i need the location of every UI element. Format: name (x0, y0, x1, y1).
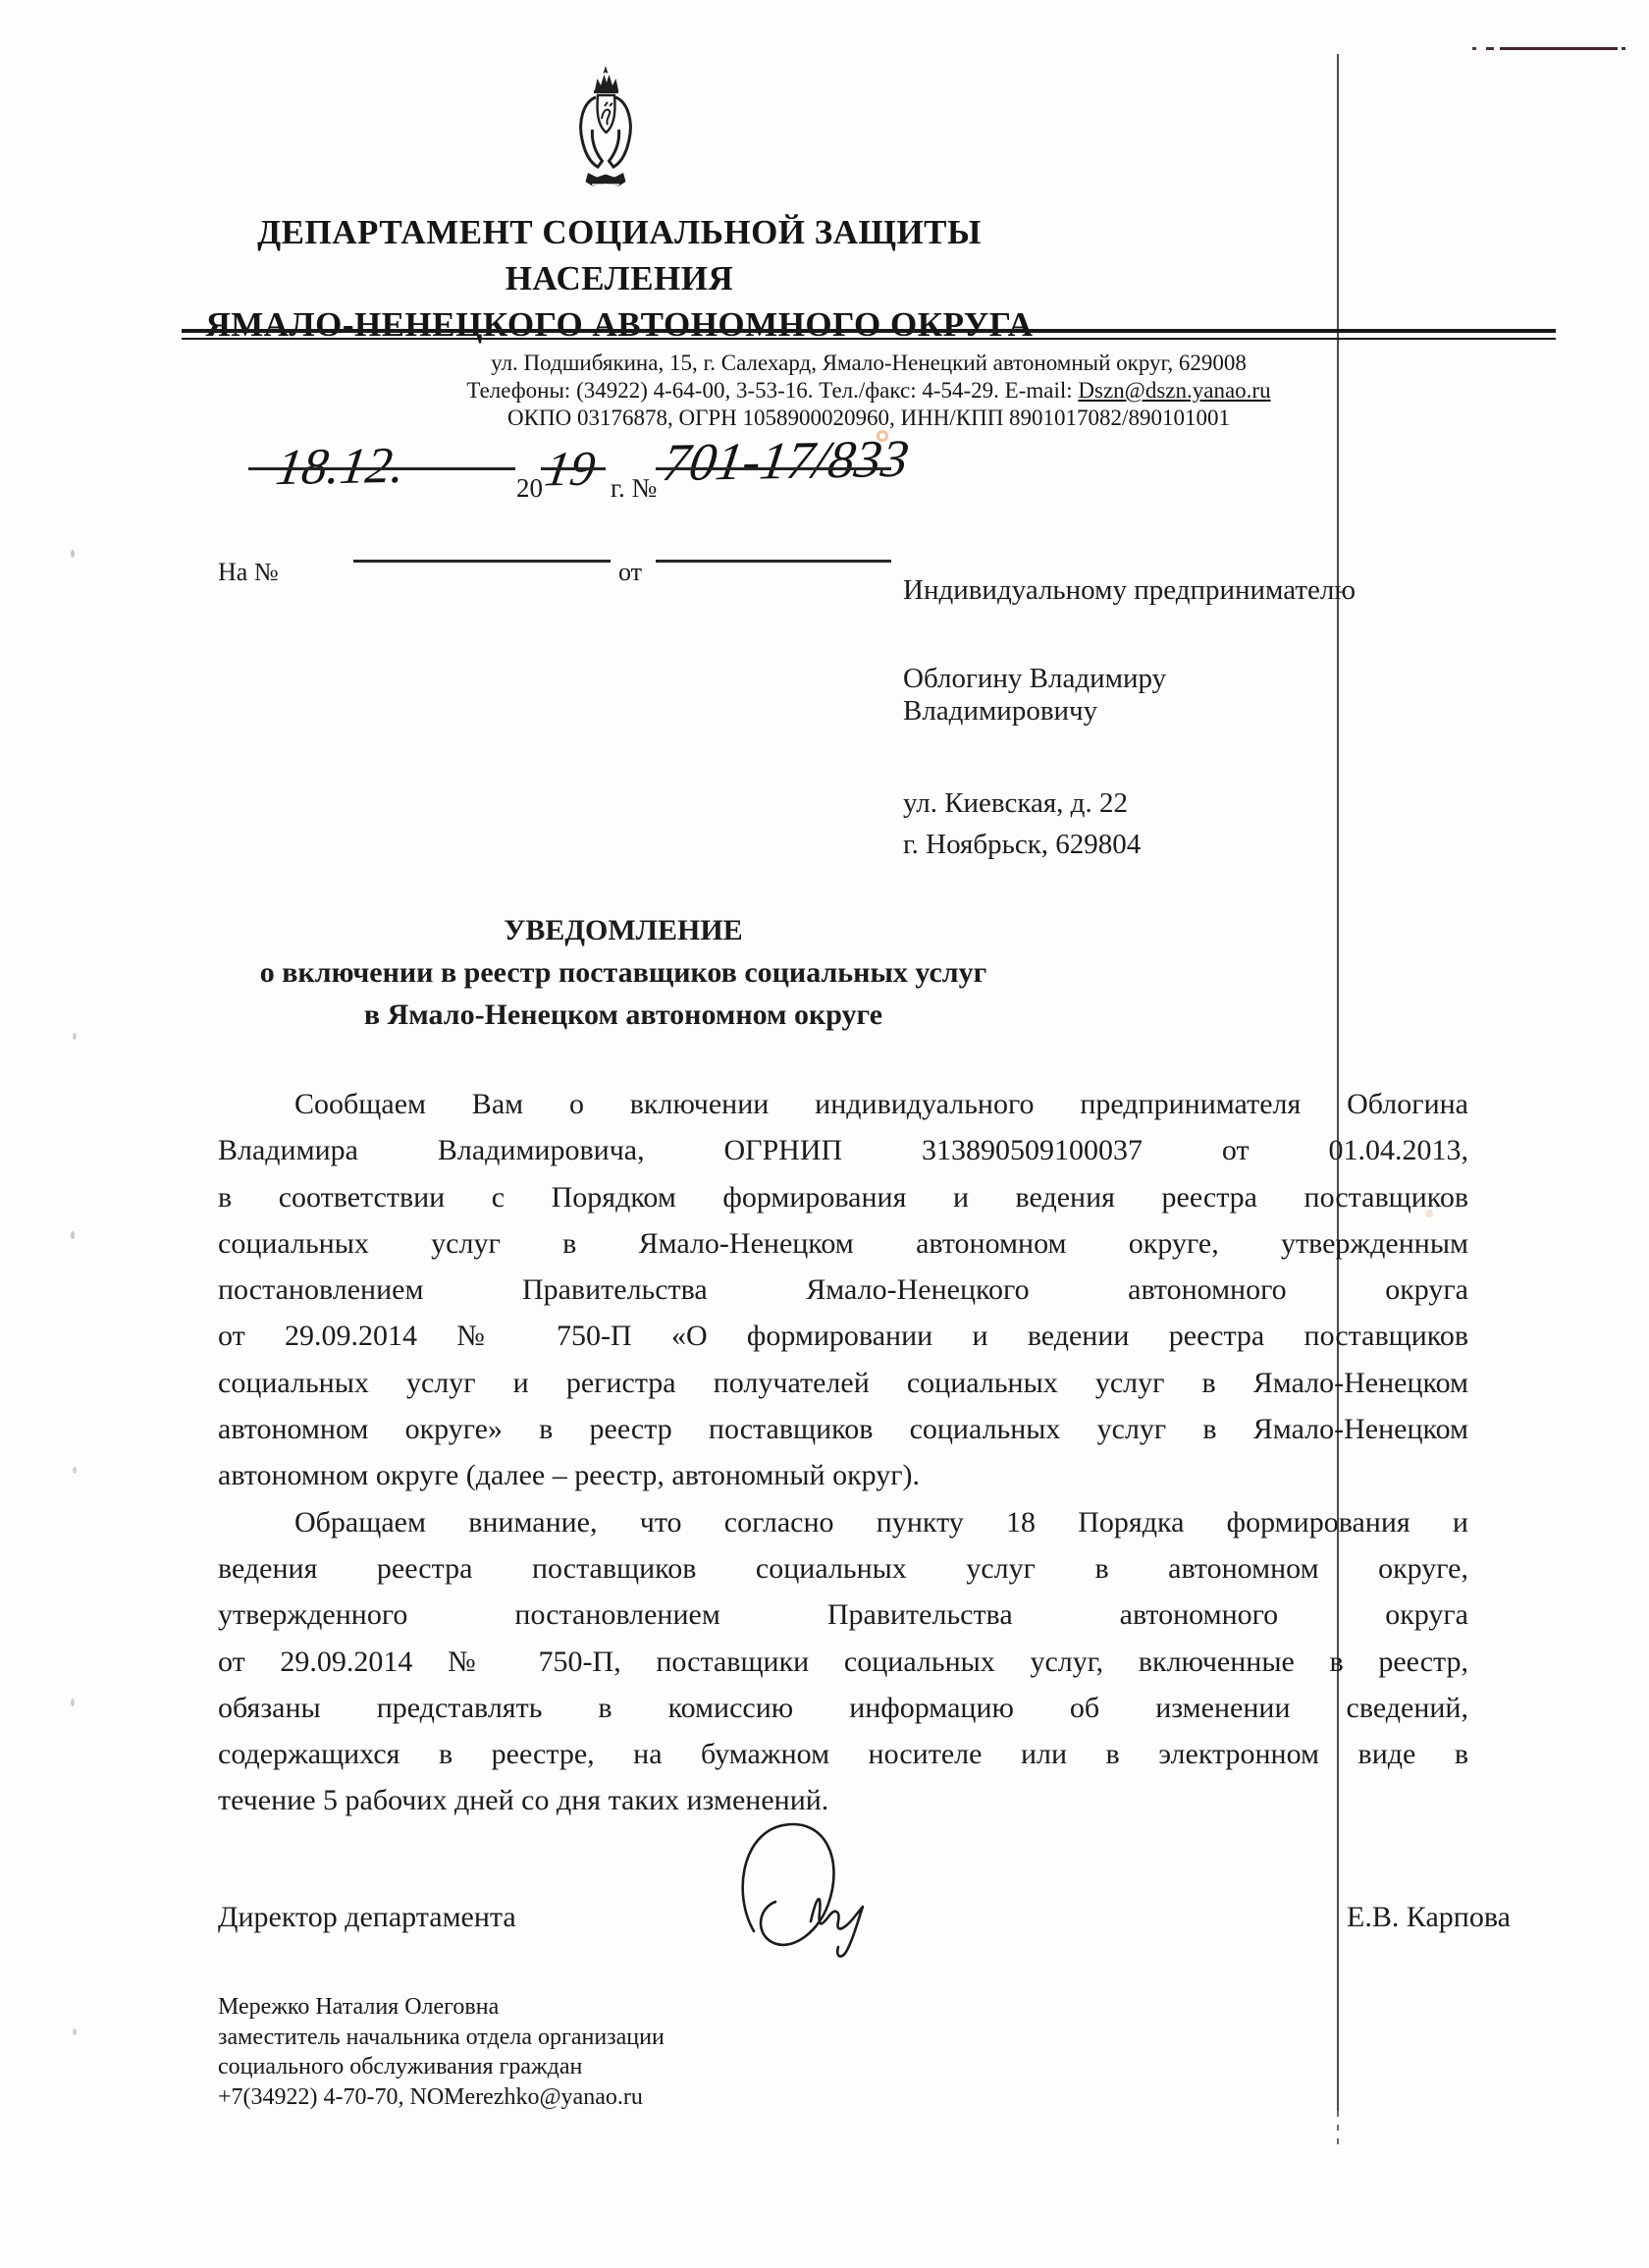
letterhead-address: ул. Подшибякина, 15, г. Салехард, Ямало-… (182, 350, 1556, 377)
coat-of-arms-icon (575, 65, 636, 204)
scanned-letter-page: ДЕПАРТАМЕНТ СОЦИАЛЬНОЙ ЗАЩИТЫ НАСЕЛЕНИЯ … (0, 0, 1649, 2268)
org-name-line2: ЯМАЛО-НЕНЕЦКОГО АВТОНОМНОГО ОКРУГА (182, 301, 1057, 348)
date-blank-line (248, 467, 515, 470)
subject-line3: в Ямало-Ненецком автономном округе (182, 994, 1065, 1036)
body-text-line: в соответствии с Порядком формирования и… (218, 1174, 1468, 1220)
body-text-line: постановлением Правительства Ямало-Ненец… (218, 1267, 1468, 1313)
body-text-line: автономном округе» в реестр поставщиков … (218, 1406, 1468, 1452)
body-text-line: автономном округе (далее – реестр, автон… (218, 1452, 1468, 1498)
recipient-name: Облогину Владимиру Владимировичу (903, 663, 1364, 728)
scan-speck (73, 1033, 77, 1040)
letter-body: Сообщаем Вам о включении индивидуального… (218, 1081, 1468, 1824)
number-label: г. № (611, 473, 657, 504)
scan-speck (73, 2028, 77, 2035)
scan-fold-line-dots (1337, 2111, 1339, 2150)
scan-speck (71, 550, 75, 558)
reply-label: На № (218, 558, 279, 587)
year-blank-line (541, 467, 606, 470)
letterhead-email: Dszn@dszn.yanao.ru (1078, 378, 1270, 403)
number-blank-line (656, 467, 891, 470)
scan-dash-mark (1472, 47, 1633, 50)
reply-number-blank-line (353, 560, 611, 563)
body-text-line: от 29.09.2014 № 750-П «О формировании и … (218, 1313, 1468, 1359)
signer-position: Директор департамента (218, 1901, 516, 1934)
body-text-line: социальных услуг и регистра получателей … (218, 1360, 1468, 1406)
body-text-line: утвержденного постановлением Правительст… (218, 1592, 1468, 1638)
signature-scribble-icon (715, 1811, 901, 1983)
letterhead-contact-block: ул. Подшибякина, 15, г. Салехард, Ямало-… (182, 350, 1556, 432)
body-text-line: социальных услуг в Ямало-Ненецком автоно… (218, 1220, 1468, 1267)
recipient-city: г. Ноябрьск, 629804 (903, 829, 1364, 861)
letterhead-phones-line: Телефоны: (34922) 4-64-00, 3-53-16. Тел.… (182, 377, 1556, 405)
executor-role-line2: социального обслуживания граждан (218, 2052, 665, 2082)
body-text-line: Сообщаем Вам о включении индивидуального… (218, 1081, 1468, 1127)
org-name-line1: ДЕПАРТАМЕНТ СОЦИАЛЬНОЙ ЗАЩИТЫ НАСЕЛЕНИЯ (182, 209, 1057, 301)
recipient-type: Индивидуальному предпринимателю (903, 574, 1364, 607)
body-text-line: ведения реестра поставщиков социальных у… (218, 1545, 1468, 1592)
executor-phone-email: +7(34922) 4-70-70, NOMerezhko@yanao.ru (218, 2082, 665, 2113)
letterhead-divider (182, 329, 1556, 340)
executor-role-line1: заместитель начальника отдела организаци… (218, 2023, 665, 2053)
executor-name: Мережко Наталия Олеговна (218, 1992, 665, 2023)
scan-speck (73, 1467, 77, 1474)
year-prefix: 20 (516, 473, 543, 504)
body-paragraph-2: Обращаем внимание, что согласно пункту 1… (218, 1499, 1468, 1824)
reply-date-blank-line (656, 560, 891, 563)
body-paragraph-1: Сообщаем Вам о включении индивидуального… (218, 1081, 1468, 1499)
scan-speck (71, 1699, 75, 1706)
letterhead-phones: Телефоны: (34922) 4-64-00, 3-53-16. Тел.… (466, 378, 1078, 403)
scan-speck (71, 1231, 75, 1239)
subject-line2: о включении в реестр поставщиков социаль… (182, 951, 1065, 994)
subject-title: УВЕДОМЛЕНИЕ (182, 909, 1065, 951)
body-text-line: содержащихся в реестре, на бумажном носи… (218, 1731, 1468, 1777)
recipient-street: ул. Киевская, д. 22 (903, 787, 1364, 820)
document-subject: УВЕДОМЛЕНИЕ о включении в реестр поставщ… (182, 909, 1065, 1036)
body-text-line: от 29.09.2014 № 750-П, поставщики социал… (218, 1639, 1468, 1685)
executor-block: Мережко Наталия Олеговна заместитель нач… (218, 1992, 665, 2112)
recipient-block: Индивидуальному предпринимателю Облогину… (903, 574, 1364, 861)
body-text-line: Владимира Владимировича, ОГРНИП 31389050… (218, 1127, 1468, 1173)
body-text-line: Обращаем внимание, что согласно пункту 1… (218, 1499, 1468, 1545)
body-text-line: обязаны представлять в комиссию информац… (218, 1685, 1468, 1731)
reply-from-label: от (618, 558, 642, 587)
signer-name: Е.В. Карпова (1347, 1901, 1511, 1934)
letterhead-org-name: ДЕПАРТАМЕНТ СОЦИАЛЬНОЙ ЗАЩИТЫ НАСЕЛЕНИЯ … (182, 209, 1057, 348)
handwritten-number: 701-17/833 (659, 428, 912, 493)
